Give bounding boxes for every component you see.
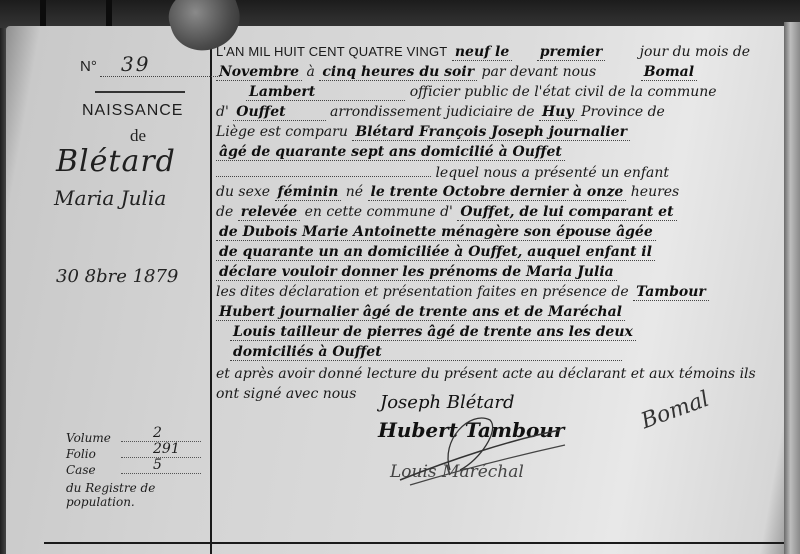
handwritten-hour: cinq heures du soir [319,64,477,81]
printed-closing-text: et après avoir donné lecture du présent … [216,366,756,382]
handwritten-birthplace: Ouffet, de lui comparant et [457,204,676,221]
printed-text: heures [631,184,679,200]
act-line-14: Hubert journalier âgé de trente ans et d… [216,304,786,324]
act-line-7: lequel nous a présenté un enfant [216,164,786,184]
handwritten-birth-date: le trente Octobre dernier à onze [368,184,627,201]
population-register-reference: Volume 2 Folio 291 Case 5 du Registre de… [66,431,208,509]
printed-text: les dites déclaration et présentation fa… [216,284,629,300]
printed-text: à [307,64,315,80]
handwritten-arrondissement: Huy [539,104,577,121]
handwritten-sex: féminin [275,184,342,201]
margin-divider-rule [210,36,212,554]
handwritten-declarant-details: âgé de quarante sept ans domicilié à Ouf… [216,144,565,161]
child-surname: Blétard [56,144,176,179]
act-line-4: d' Ouffet arrondissement judiciaire de H… [216,104,786,124]
printed-text: né [346,184,363,200]
handwritten-day: premier [537,44,606,61]
printed-signed-text: ont signé avec nous [216,386,356,402]
handwritten-mother: de Dubois Marie Antoinette ménagère son … [216,224,656,241]
handwritten-mother-details: de quarante un an domiciliée à Ouffet, a… [216,244,655,261]
handwritten-witness-1-surname: Tambour [633,284,709,301]
handwritten-commune: Ouffet [233,104,325,121]
printed-text: d' [216,104,229,120]
printed-text: lequel nous a présenté un enfant [435,165,669,181]
handwritten-given-names-declaration: déclare vouloir donner les prénoms de Ma… [216,264,617,281]
case-value: 5 [153,457,162,473]
number-underline-rule [95,91,185,93]
act-line-3: Lambert officier public de l'état civil … [216,84,786,104]
blank-fill-line [216,164,431,177]
printed-year-phrase: L'AN MIL HUIT CENT QUATRE VINGT [216,44,447,59]
printed-text: Province de [581,104,665,120]
act-line-12: déclare vouloir donner les prénoms de Ma… [216,264,786,284]
act-line-10: de Dubois Marie Antoinette ménagère son … [216,224,786,244]
child-given-names: Maria Julia [54,186,166,210]
de-label: de [130,126,146,146]
act-line-15: Louis tailleur de pierres âgé de trente … [216,324,786,344]
binding-stripe [106,0,112,26]
printed-text: en cette commune d' [305,204,453,220]
handwritten-witness-domicile: domiciliés à Ouffet [230,344,622,361]
number-value: 39 [121,52,150,76]
act-line-6: âgé de quarante sept ans domicilié à Ouf… [216,144,786,164]
handwritten-officer-surname: Bomal [641,64,697,81]
number-label: N° [80,58,97,75]
handwritten-witness-details: Hubert journalier âgé de trente ans et d… [216,304,625,321]
record-type-title: NAISSANCE [82,102,183,120]
act-line-1: L'AN MIL HUIT CENT QUATRE VINGT neuf le … [216,44,786,64]
printed-text: de [216,204,233,220]
act-line-5: Liège est comparu Blétard François Josep… [216,124,786,144]
case-label: Case [66,463,121,477]
handwritten-month: Novembre [216,64,302,81]
act-line-9: de relevée en cette commune d' Ouffet, d… [216,204,786,224]
act-line-11: de quarante un an domiciliée à Ouffet, a… [216,244,786,264]
folio-value: 291 [153,441,180,457]
printed-text: jour du mois de [640,44,750,60]
next-page-edge [784,22,800,554]
act-line-16: domiciliés à Ouffet [216,344,786,364]
handwritten-officer-given-name: Lambert [246,84,405,101]
act-line-17: et après avoir donné lecture du présent … [216,366,786,386]
act-line-13: les dites déclaration et présentation fa… [216,284,786,304]
handwritten-declarant: Blétard François Joseph journalier [352,124,630,141]
printed-text: arrondissement judiciaire de [330,104,535,120]
register-footer: du Registre de population. [66,481,208,509]
volume-label: Volume [66,431,121,445]
handwritten-year: neuf le [452,44,512,61]
act-line-8: du sexe féminin né le trente Octobre der… [216,184,786,204]
act-line-2: Novembre à cinq heures du soir par devan… [216,64,786,84]
printed-text: officier public de l'état civil de la co… [410,84,717,100]
birth-date: 30 8bre 1879 [56,266,178,287]
record-number: N° 39 [80,52,150,76]
folio-label: Folio [66,447,121,461]
volume-value: 2 [153,425,162,441]
number-dotted-line [100,76,220,77]
printed-text: du sexe [216,184,270,200]
bottom-rule [44,542,784,544]
printed-text: par devant nous [482,64,597,80]
handwritten-witness-2-details: Louis tailleur de pierres âgé de trente … [230,324,636,341]
printed-text: Liège est comparu [216,124,348,140]
handwritten-time-of-day: relevée [238,204,300,221]
officer-paraph-flourish [390,400,570,490]
binding-stripe [40,0,46,26]
